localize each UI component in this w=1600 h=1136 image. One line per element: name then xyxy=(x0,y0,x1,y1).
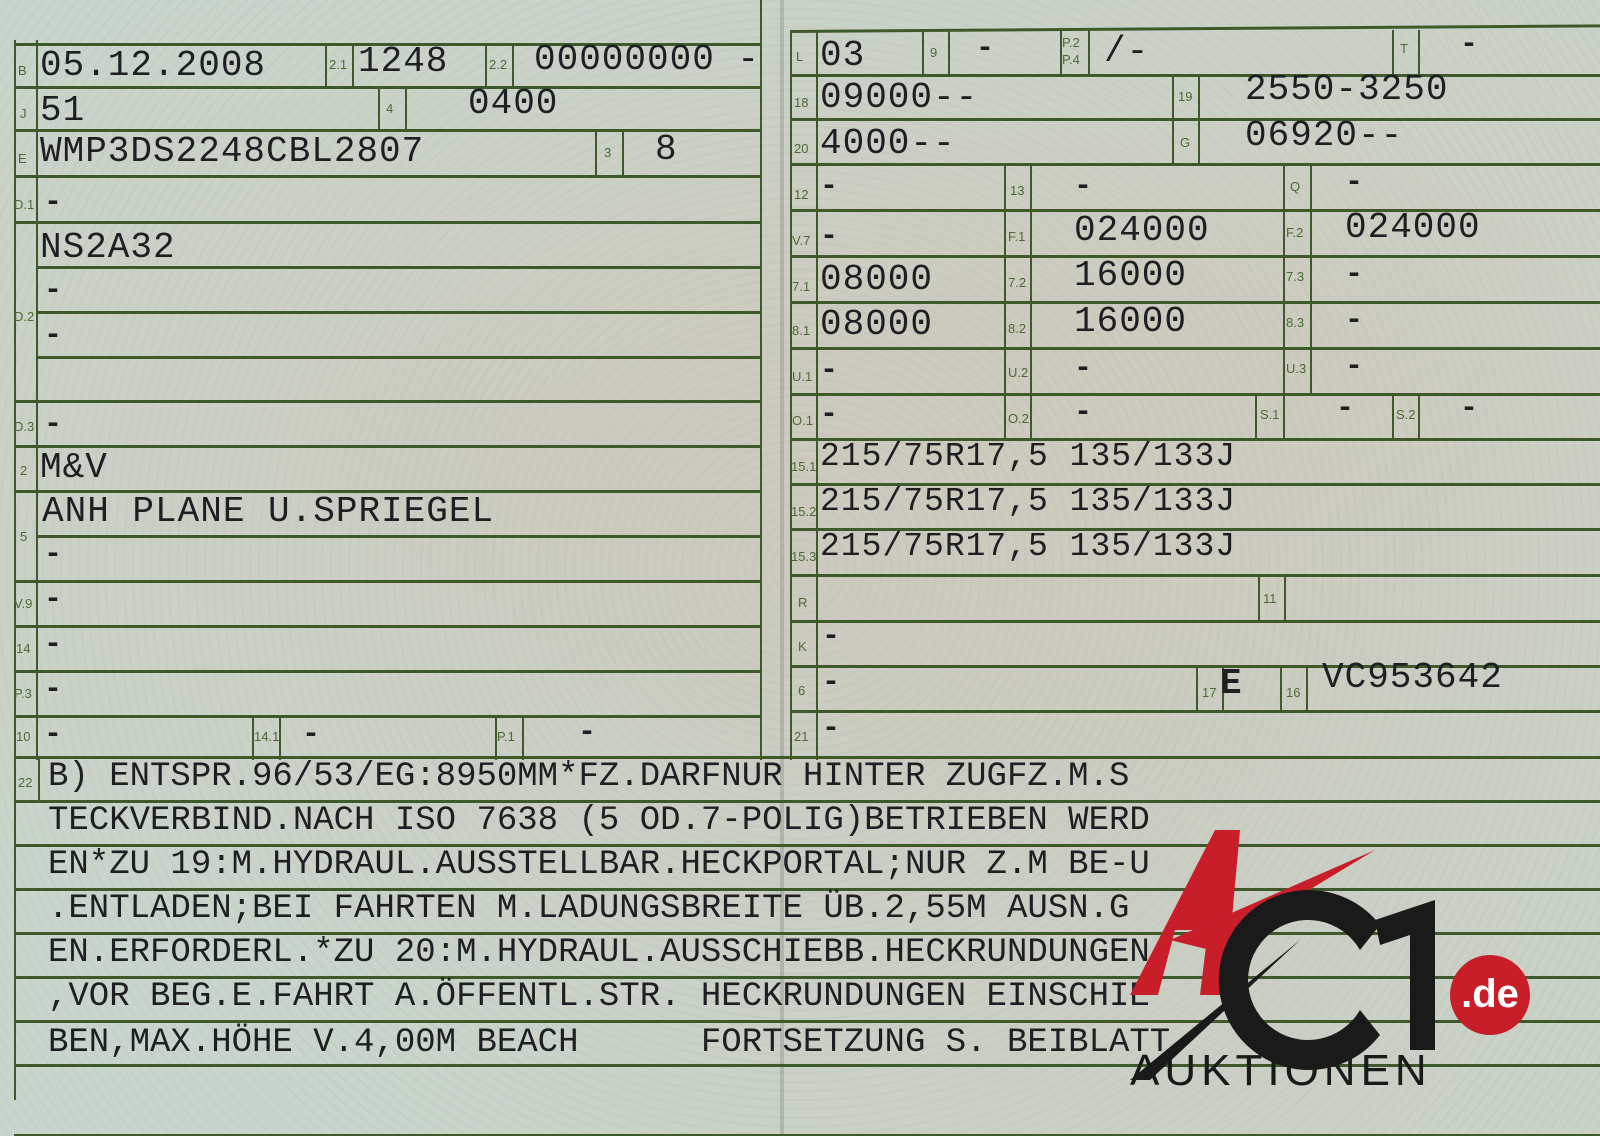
grid-line xyxy=(14,625,760,628)
grid-line xyxy=(14,715,760,718)
field-V7-co2: - xyxy=(820,222,838,252)
field-7-1-axle-load: 08000 xyxy=(820,262,933,298)
field-O2-trailer-load-unbraked: - xyxy=(1074,398,1092,428)
field-14-emission-directive: - xyxy=(44,630,62,660)
field-14-1-code: - xyxy=(302,720,320,750)
field-D1-make: - xyxy=(44,188,62,218)
grid-line xyxy=(14,221,760,224)
grid-line xyxy=(790,347,1600,350)
remark-line: B) ENTSPR.96/53/EG:8950MM*FZ.DARFNUR HIN… xyxy=(48,760,1129,794)
field-U3-drive-noise: - xyxy=(1345,352,1363,382)
grid-line xyxy=(790,620,1600,623)
grid-line xyxy=(485,43,487,86)
field-P2-P4-power: /- xyxy=(1104,34,1149,70)
grid-line xyxy=(790,710,1600,713)
field-9-driven-axles: - xyxy=(976,34,994,64)
remark-line: BEN,MAX.HÖHE V.4,00M BEACH FORTSETZUNG S… xyxy=(48,1026,1170,1060)
ac1-watermark-logo: .de AUKTIONEN xyxy=(1130,830,1570,1100)
field-6-date-K: - xyxy=(822,668,840,698)
grid-line xyxy=(1284,574,1286,620)
field-15-1-tyres: 215/75R17,5 135/133J xyxy=(820,440,1236,473)
grid-line xyxy=(352,43,354,86)
grid-line xyxy=(378,86,380,129)
field-E-vin: WMP3DS2248CBL2807 xyxy=(40,134,424,170)
field-D2-version: - xyxy=(44,321,62,351)
grid-line xyxy=(14,86,760,89)
field-Q-power-weight: - xyxy=(1345,168,1363,198)
field-L-axles: 03 xyxy=(820,38,865,74)
field-7-2-axle-load: 16000 xyxy=(1074,258,1187,294)
field-U2-rpm: - xyxy=(1074,354,1092,384)
grid-line xyxy=(1088,30,1090,74)
grid-line xyxy=(622,129,624,175)
field-18-length: 09000-- xyxy=(820,80,978,116)
grid-line xyxy=(512,43,514,86)
field-2-manufacturer: M&V xyxy=(40,450,108,486)
field-B-first-registration: 05.12.2008 xyxy=(40,48,266,84)
grid-line xyxy=(948,30,950,74)
grid-line xyxy=(790,118,1600,121)
remark-line: EN*ZU 19:M.HYDRAUL.AUSSTELLBAR.HECKPORTA… xyxy=(48,848,1150,882)
grid-line xyxy=(14,580,760,583)
grid-line xyxy=(14,175,760,178)
field-S2-standing: - xyxy=(1460,394,1478,424)
grid-line xyxy=(405,86,407,129)
grid-line xyxy=(1280,665,1282,710)
grid-line xyxy=(1418,30,1420,74)
grid-line xyxy=(14,400,760,403)
grid-line xyxy=(1198,74,1200,163)
field-F2-permissible-mass: 024000 xyxy=(1345,210,1481,246)
field-17-code: E xyxy=(1220,666,1243,702)
field-P3-fuel: - xyxy=(44,675,62,705)
field-12-tank-volume: - xyxy=(820,172,838,202)
grid-line xyxy=(1258,574,1260,620)
field-15-3-tyres: 215/75R17,5 135/133J xyxy=(820,530,1236,563)
field-4-body-type: 0400 xyxy=(468,86,558,122)
field-K-type-approval: - xyxy=(822,622,840,652)
field-22-label: 22 xyxy=(18,776,32,789)
grid-line xyxy=(1283,393,1285,438)
field-2-2-type-code: 00000000 - xyxy=(534,42,760,78)
grid-line xyxy=(1392,30,1394,74)
grid-line xyxy=(922,30,924,74)
field-8-3-axle-load: - xyxy=(1345,306,1363,336)
remark-line: EN.ERFORDERL.*ZU 20:M.HYDRAUL.AUSSCHIEBB… xyxy=(48,936,1150,970)
grid-line xyxy=(595,129,597,175)
grid-line xyxy=(760,0,762,760)
grid-line xyxy=(1196,665,1198,710)
grid-line xyxy=(1283,163,1285,393)
grid-line xyxy=(790,393,1600,396)
field-7-3-axle-load: - xyxy=(1345,260,1363,290)
grid-line xyxy=(38,756,40,800)
field-S1-seats: - xyxy=(1336,394,1354,424)
grid-line xyxy=(36,311,760,314)
grid-line xyxy=(790,24,1600,33)
grid-line xyxy=(790,574,1600,577)
grid-line xyxy=(14,445,760,448)
grid-line xyxy=(522,715,524,760)
field-20-height: 4000-- xyxy=(820,126,956,162)
grid-line xyxy=(1310,163,1312,393)
field-2-1-manufacturer-code: 1248 xyxy=(358,44,448,80)
field-U1-noise: - xyxy=(820,356,838,386)
field-G-empty-mass: 06920-- xyxy=(1245,118,1403,154)
grid-line xyxy=(36,535,760,538)
field-5-line2: - xyxy=(44,540,62,570)
field-P1-displacement: - xyxy=(578,718,596,748)
field-16-document-number: VC953642 xyxy=(1322,660,1503,696)
field-5-class-body: ANH PLANE U.SPRIEGEL xyxy=(42,494,494,530)
grid-line xyxy=(1030,163,1032,438)
remark-line: .ENTLADEN;BEI FAHRTEN M.LADUNGSBREITE ÜB… xyxy=(48,892,1129,926)
field-F1-max-mass: 024000 xyxy=(1074,213,1210,249)
field-D3-commercial-name: - xyxy=(44,410,62,440)
field-8-2-axle-load: 16000 xyxy=(1074,304,1187,340)
field-D2-type: NS2A32 xyxy=(40,230,176,266)
grid-line xyxy=(1004,163,1006,438)
field-J-vehicle-class: 51 xyxy=(40,93,85,129)
grid-line xyxy=(1172,74,1174,163)
logo-subtitle: AUKTIONEN xyxy=(1130,1046,1432,1096)
field-13-support-load: - xyxy=(1074,172,1092,202)
field-21-other: - xyxy=(822,714,840,744)
grid-line xyxy=(1306,665,1308,710)
field-O1-trailer-load-braked: - xyxy=(820,400,838,430)
grid-line xyxy=(325,43,327,86)
grid-line xyxy=(36,356,760,359)
remark-line: TECKVERBIND.NACH ISO 7638 (5 OD.7-POLIG)… xyxy=(48,804,1150,838)
field-V9-emission-class: - xyxy=(44,585,62,615)
grid-line xyxy=(1392,393,1394,438)
field-D2-variant: - xyxy=(44,276,62,306)
field-15-2-tyres: 215/75R17,5 135/133J xyxy=(820,485,1236,518)
grid-line xyxy=(1255,393,1257,438)
remark-line: ,VOR BEG.E.FAHRT A.ÖFFENTL.STR. HECKRUND… xyxy=(48,980,1150,1014)
logo-tld: .de xyxy=(1450,955,1530,1035)
field-T-max-speed: - xyxy=(1460,30,1478,60)
field-19-width: 2550-3250 xyxy=(1245,72,1448,108)
grid-line xyxy=(14,670,760,673)
field-10-emission-code: - xyxy=(44,720,62,750)
grid-line xyxy=(790,255,1600,258)
field-8-1-axle-load: 08000 xyxy=(820,307,933,343)
grid-line xyxy=(1418,393,1420,438)
field-3-check-digit: 8 xyxy=(655,132,678,168)
